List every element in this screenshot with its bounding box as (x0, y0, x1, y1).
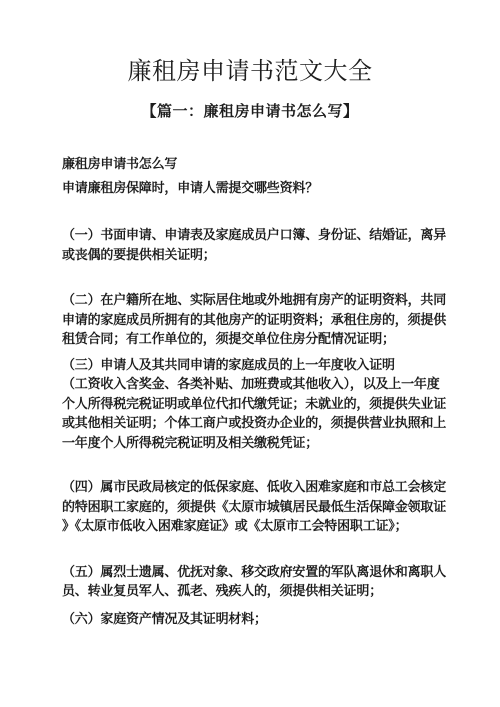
paragraph: （四）属市民政局核定的低保家庭、低收入困难家庭和市总工会核定的特困职工家庭的，须… (62, 477, 454, 536)
text-line: 》《太原市低收入困难家庭证》或《太原市工会特困职工证》； (62, 516, 454, 536)
paragraph: 申请廉租房保障时，申请人需提交哪些资料？ (62, 178, 454, 198)
text-line: （六）家庭资产情况及其证明材料； (62, 609, 454, 629)
text-line: 廉租房申请书怎么写 (62, 154, 454, 174)
text-line: 申请的家庭成员所拥有的其他房产的证明资料；承租住房的，须提供 (62, 310, 454, 330)
text-line: （三）申请人及其共同申请的家庭成员的上一年度收入证明 (62, 355, 454, 375)
text-line: 一年度个人所得税完税证明及相关缴税凭证； (62, 433, 454, 453)
paragraph: （五）属烈士遗属、优抚对象、移交政府安置的军队离退休和离职人员、转业复员军人、孤… (62, 562, 454, 601)
paragraph: （一）书面申请、申请表及家庭成员户口簿、身份证、结婚证，离异或丧偶的要提供相关证… (62, 225, 454, 264)
text-line: 员、转业复员军人、孤老、残疾人的，须提供相关证明； (62, 581, 454, 601)
document-title: 廉租房申请书范文大全 (0, 57, 500, 87)
text-line: 个人所得税完税证明或单位代扣代缴凭证；未就业的，须提供失业证 (62, 394, 454, 414)
text-line: 或丧偶的要提供相关证明； (62, 245, 454, 265)
section-heading: 【篇一：廉租房申请书怎么写】 (0, 101, 500, 123)
text-line: 租赁合同；有工作单位的，须提交单位住房分配情况证明； (62, 329, 454, 349)
paragraph: （六）家庭资产情况及其证明材料； (62, 609, 454, 629)
document-body: 廉租房申请书怎么写申请廉租房保障时，申请人需提交哪些资料？（一）书面申请、申请表… (0, 154, 454, 628)
paragraph: （二）在户籍所在地、实际居住地或外地拥有房产的证明资料，共同申请的家庭成员所拥有… (62, 290, 454, 349)
text-line: （工资收入含奖金、各类补贴、加班费或其他收入），以及上一年度 (62, 374, 454, 394)
text-line: 申请廉租房保障时，申请人需提交哪些资料？ (62, 178, 454, 198)
text-line: （五）属烈士遗属、优抚对象、移交政府安置的军队离退休和离职人 (62, 562, 454, 582)
text-line: （二）在户籍所在地、实际居住地或外地拥有房产的证明资料，共同 (62, 290, 454, 310)
text-line: 或其他相关证明；个体工商户或投资办企业的，须提供营业执照和上 (62, 413, 454, 433)
text-line: （四）属市民政局核定的低保家庭、低收入困难家庭和市总工会核定 (62, 477, 454, 497)
text-line: （一）书面申请、申请表及家庭成员户口簿、身份证、结婚证，离异 (62, 225, 454, 245)
paragraph: （三）申请人及其共同申请的家庭成员的上一年度收入证明（工资收入含奖金、各类补贴、… (62, 355, 454, 453)
document-page: 廉租房申请书范文大全 【篇一：廉租房申请书怎么写】 廉租房申请书怎么写申请廉租房… (0, 0, 500, 707)
paragraph: 廉租房申请书怎么写 (62, 154, 454, 174)
text-line: 的特困职工家庭的，须提供《太原市城镇居民最低生活保障金领取证 (62, 497, 454, 517)
